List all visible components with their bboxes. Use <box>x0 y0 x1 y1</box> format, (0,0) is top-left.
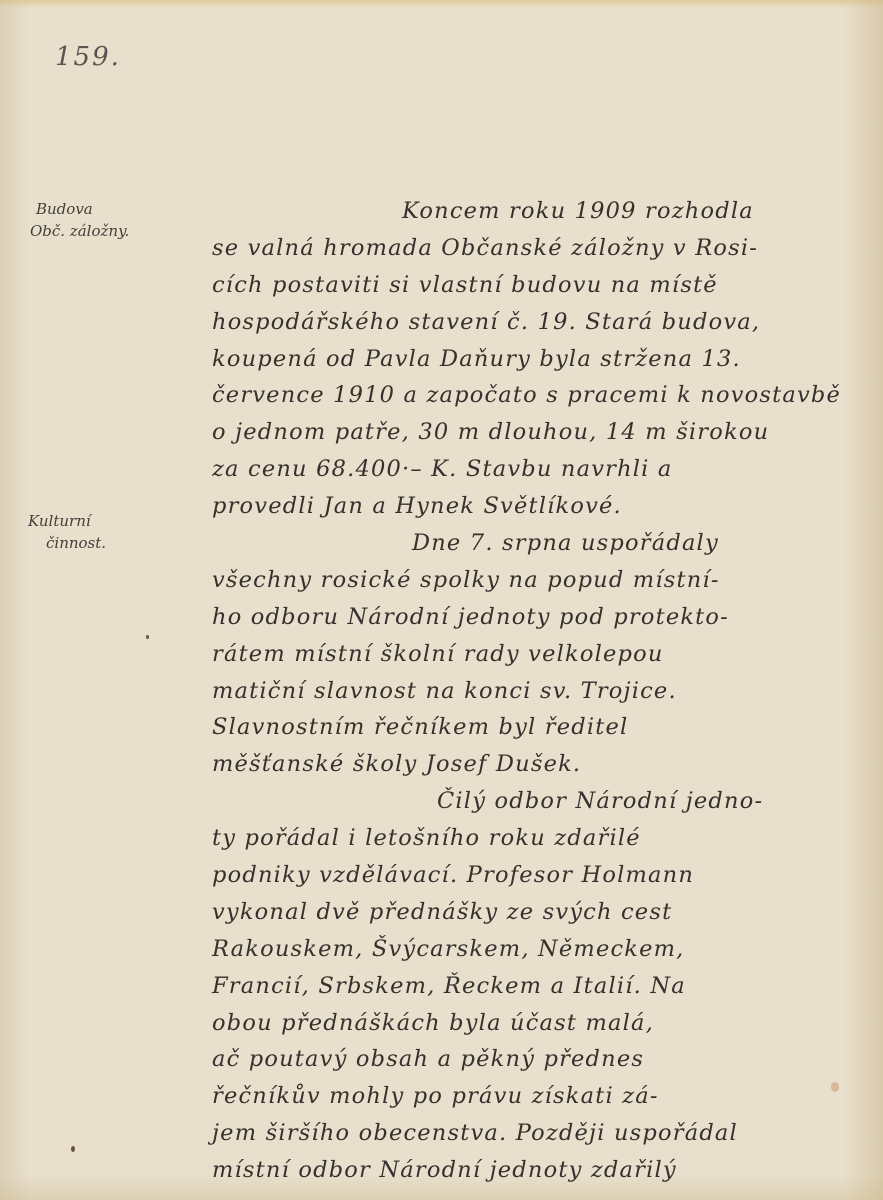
handwritten-body: Koncem roku 1909 rozhodla se valná hroma… <box>212 193 872 1189</box>
text-line: ty pořádal i letošního roku zdařilé <box>212 820 872 857</box>
text-line: Rakouskem, Švýcarskem, Německem, <box>212 931 872 968</box>
text-line: rátem místní školní rady velkolepou <box>212 636 872 673</box>
text-line: jem širšího obecenstva. Později uspořáda… <box>212 1115 872 1152</box>
text-line: Čilý odbor Národní jedno- <box>212 783 872 820</box>
margin-note-line: Budova <box>30 198 129 220</box>
paper-blemish <box>831 1082 839 1092</box>
page-number: 159. <box>55 42 121 72</box>
text-line: hospodářského stavení č. 19. Stará budov… <box>212 304 872 341</box>
text-line: Koncem roku 1909 rozhodla <box>212 193 872 230</box>
margin-note-line: činnost. <box>28 532 106 554</box>
text-line: ač poutavý obsah a pěkný přednes <box>212 1041 872 1078</box>
paper-blemish <box>71 1146 75 1152</box>
text-line: podniky vzdělávací. Profesor Holmann <box>212 857 872 894</box>
text-line: července 1910 a započato s pracemi k nov… <box>212 377 872 414</box>
text-line: o jednom patře, 30 m dlouhou, 14 m širok… <box>212 414 872 451</box>
text-line: měšťanské školy Josef Dušek. <box>212 746 872 783</box>
text-line: místní odbor Národní jednoty zdařilý <box>212 1152 872 1189</box>
text-line: řečníkův mohly po právu získati zá- <box>212 1078 872 1115</box>
paper-blemish <box>146 635 149 639</box>
text-line: matiční slavnost na konci sv. Trojice. <box>212 673 872 710</box>
text-line: Slavnostním řečníkem byl ředitel <box>212 709 872 746</box>
text-line: Dne 7. srpna uspořádaly <box>212 525 872 562</box>
text-line: všechny rosické spolky na popud místní- <box>212 562 872 599</box>
margin-note-line: Obč. záložny. <box>30 220 129 242</box>
margin-note-building: Budova Obč. záložny. <box>30 198 129 242</box>
margin-note-line: Kulturní <box>28 510 106 532</box>
text-line: obou přednáškách byla účast malá, <box>212 1005 872 1042</box>
text-line: ho odboru Národní jednoty pod protekto- <box>212 599 872 636</box>
text-line: za cenu 68.400·– K. Stavbu navrhli a <box>212 451 872 488</box>
text-line: Francií, Srbskem, Řeckem a Italií. Na <box>212 968 872 1005</box>
margin-note-culture: Kulturní činnost. <box>28 510 106 554</box>
text-line: provedli Jan a Hynek Světlíkové. <box>212 488 872 525</box>
chronicle-page: 159. Budova Obč. záložny. Kulturní činno… <box>0 0 883 1200</box>
text-line: vykonal dvě přednášky ze svých cest <box>212 894 872 931</box>
text-line: koupená od Pavla Daňury byla stržena 13. <box>212 341 872 378</box>
text-line: se valná hromada Občanské záložny v Rosi… <box>212 230 872 267</box>
text-line: cích postaviti si vlastní budovu na míst… <box>212 267 872 304</box>
